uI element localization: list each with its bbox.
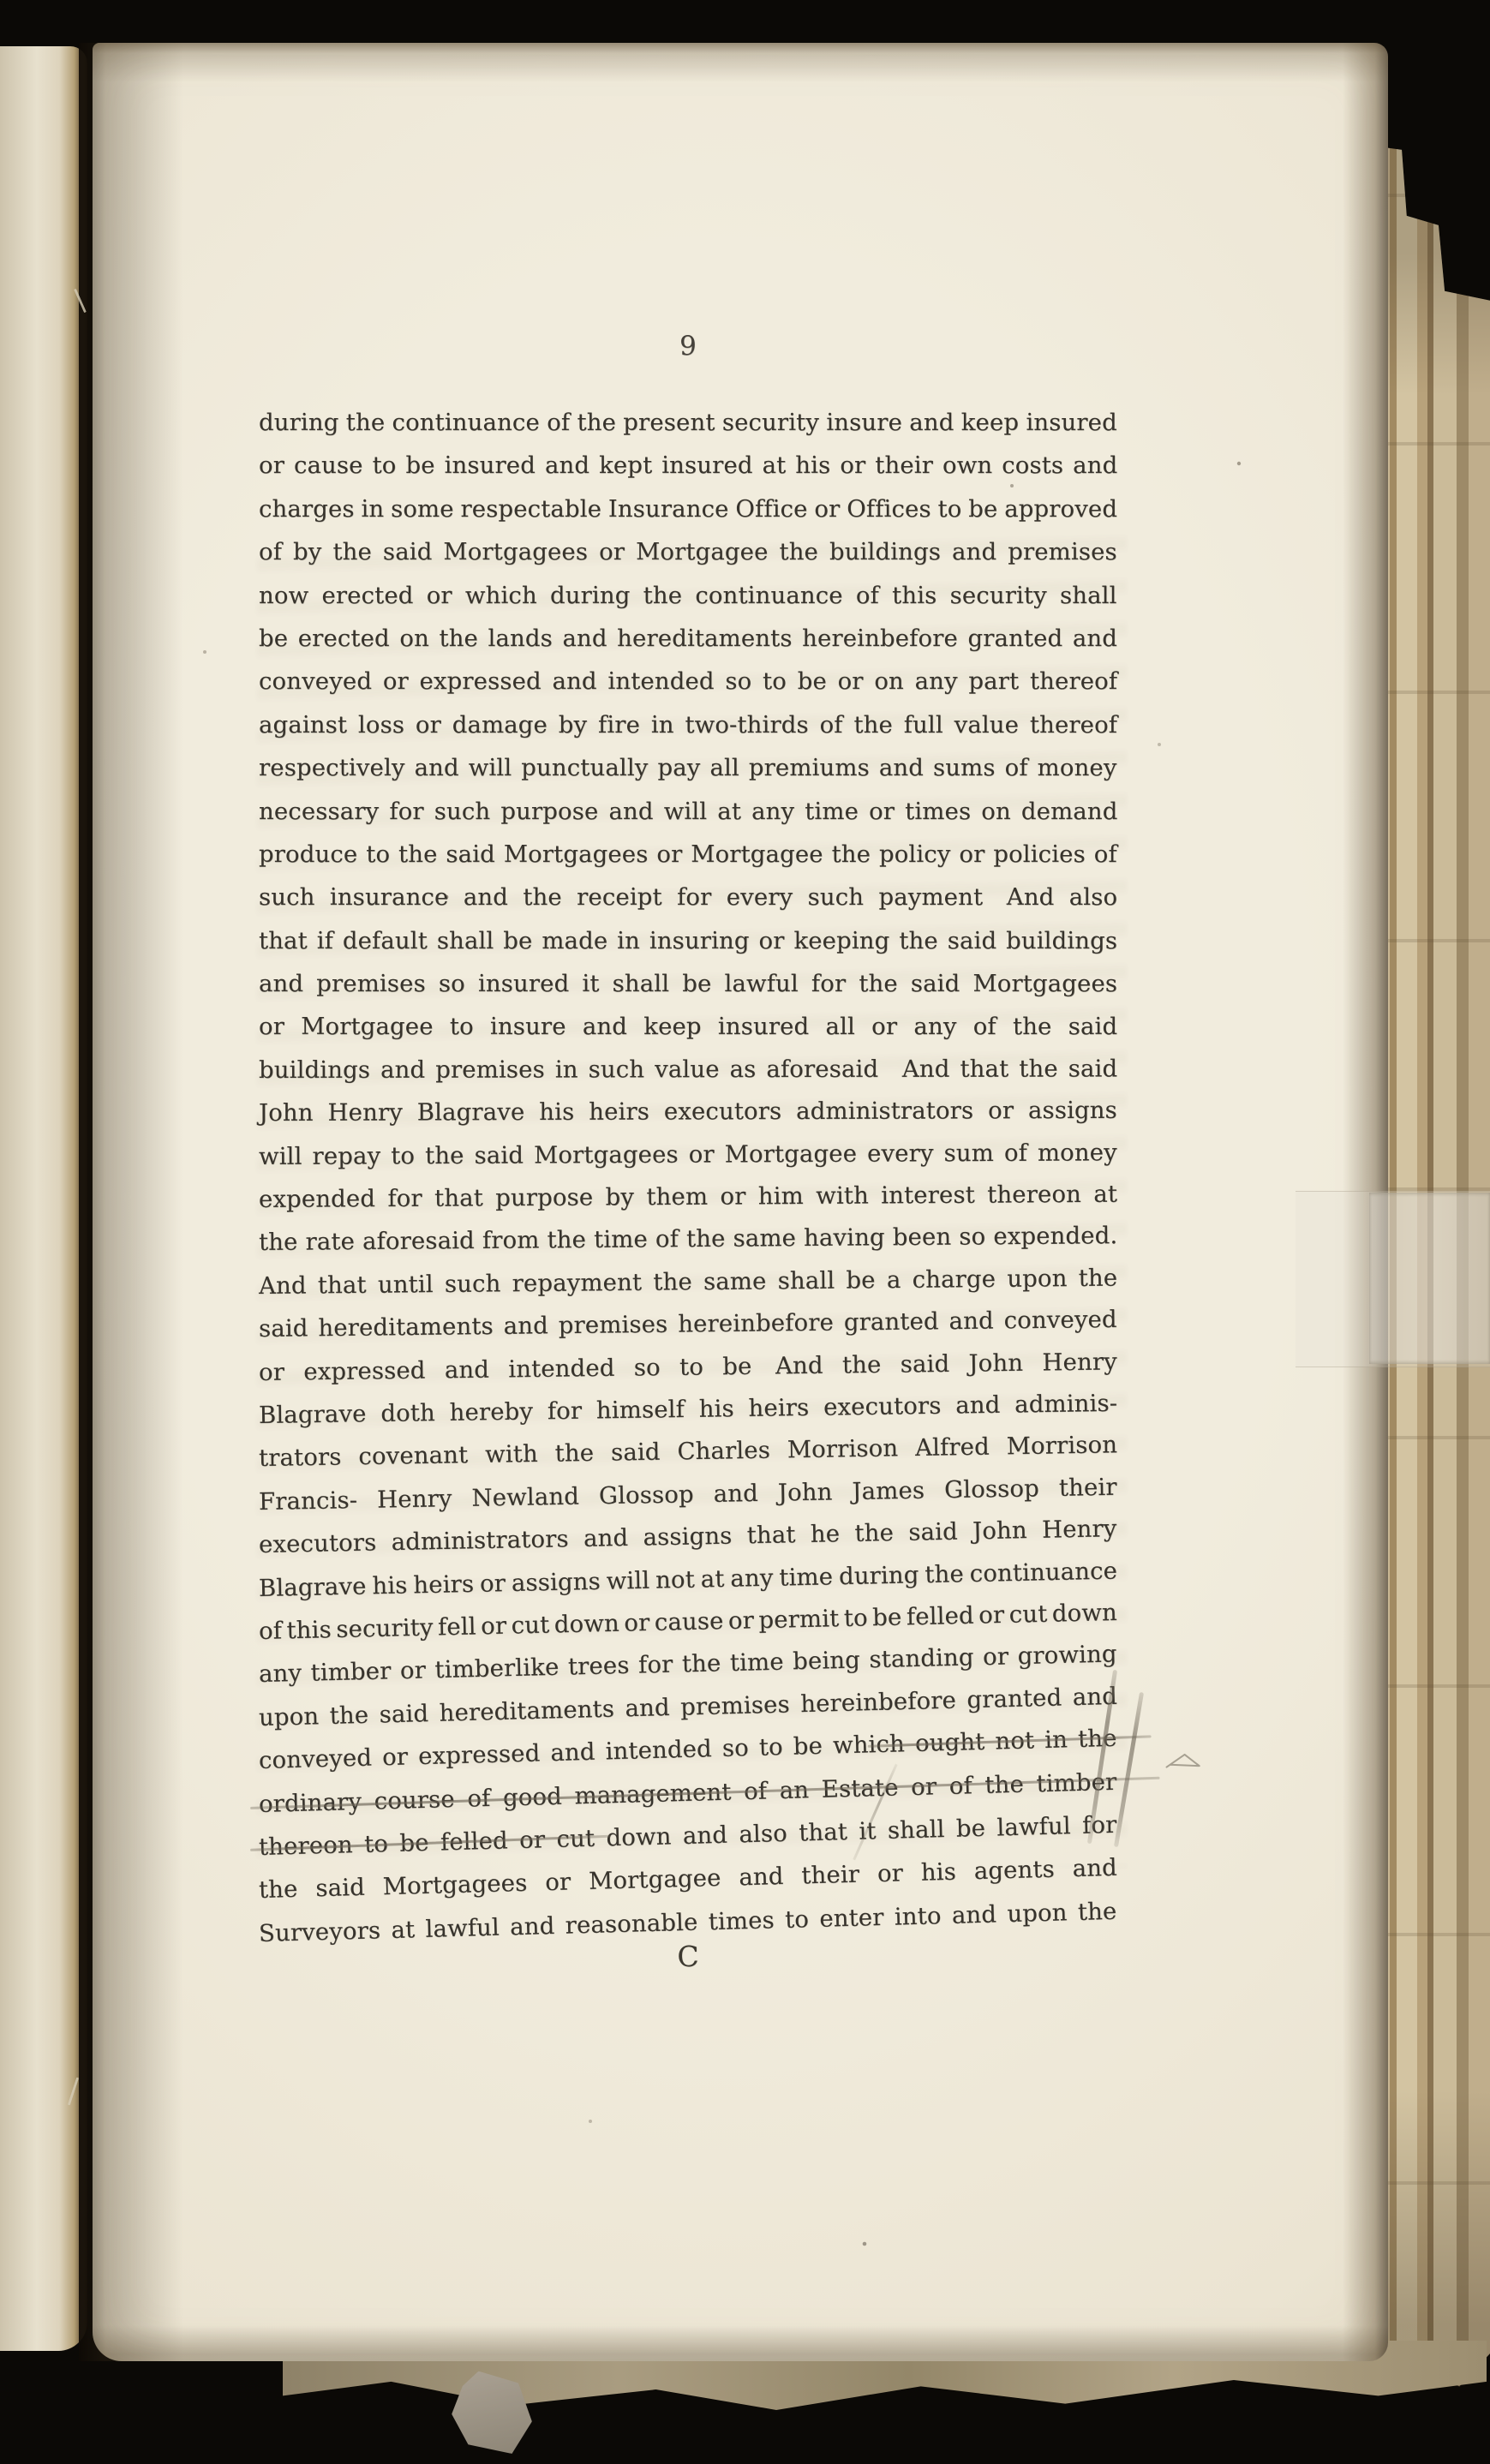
page-number: 9 (259, 331, 1117, 362)
pencil-strikethrough (250, 1776, 1160, 1809)
text-line: expended for that purpose by them or him… (259, 1173, 1117, 1222)
triangle-pencil-squiggle (1164, 1749, 1206, 1774)
text-line: buildings and premises in such value as … (259, 1047, 1117, 1091)
text-line: that if default shall be made in insurin… (259, 919, 1117, 962)
paper-specks (0, 0, 2, 2)
text-line: be erected on the lands and hereditament… (259, 617, 1117, 660)
text-block: during the continuance of the present se… (259, 401, 1117, 1955)
text-line: produce to the said Mortgagees or Mortga… (259, 833, 1117, 876)
text-line: charges in some respectable Insurance Of… (259, 487, 1117, 530)
text-line: now erected or which during the continua… (259, 574, 1117, 617)
text-line: during the continuance of the present se… (259, 401, 1117, 444)
text-line: of by the said Mortgagees or Mortgagee t… (259, 530, 1117, 573)
pencil-strikethrough (868, 1735, 1152, 1748)
text-line: respectively and will punctually pay all… (259, 746, 1117, 789)
facing-page-edge (0, 46, 87, 2351)
text-line: John Henry Blagrave his heirs executors … (259, 1089, 1117, 1135)
book-photo: 9 during the continuance of the present … (0, 0, 1490, 2464)
text-line: or cause to be insured and kept insured … (259, 444, 1117, 487)
text-line: conveyed or expressed and intended so to… (259, 660, 1117, 703)
text-line: and premises so insured it shall be lawf… (259, 962, 1117, 1005)
text-line: or Mortgagee to insure and keep insured … (259, 1005, 1117, 1048)
text-line: necessary for such purpose and will at a… (259, 790, 1117, 833)
text-line: will repay to the said Mortgagees or Mor… (259, 1131, 1117, 1178)
tape-repair-on-edge (1369, 1193, 1490, 1364)
pencil-strikethrough (250, 1834, 611, 1851)
text-line: such insurance and the receipt for every… (259, 876, 1117, 918)
text-line: against loss or damage by fire in two-th… (259, 703, 1117, 746)
